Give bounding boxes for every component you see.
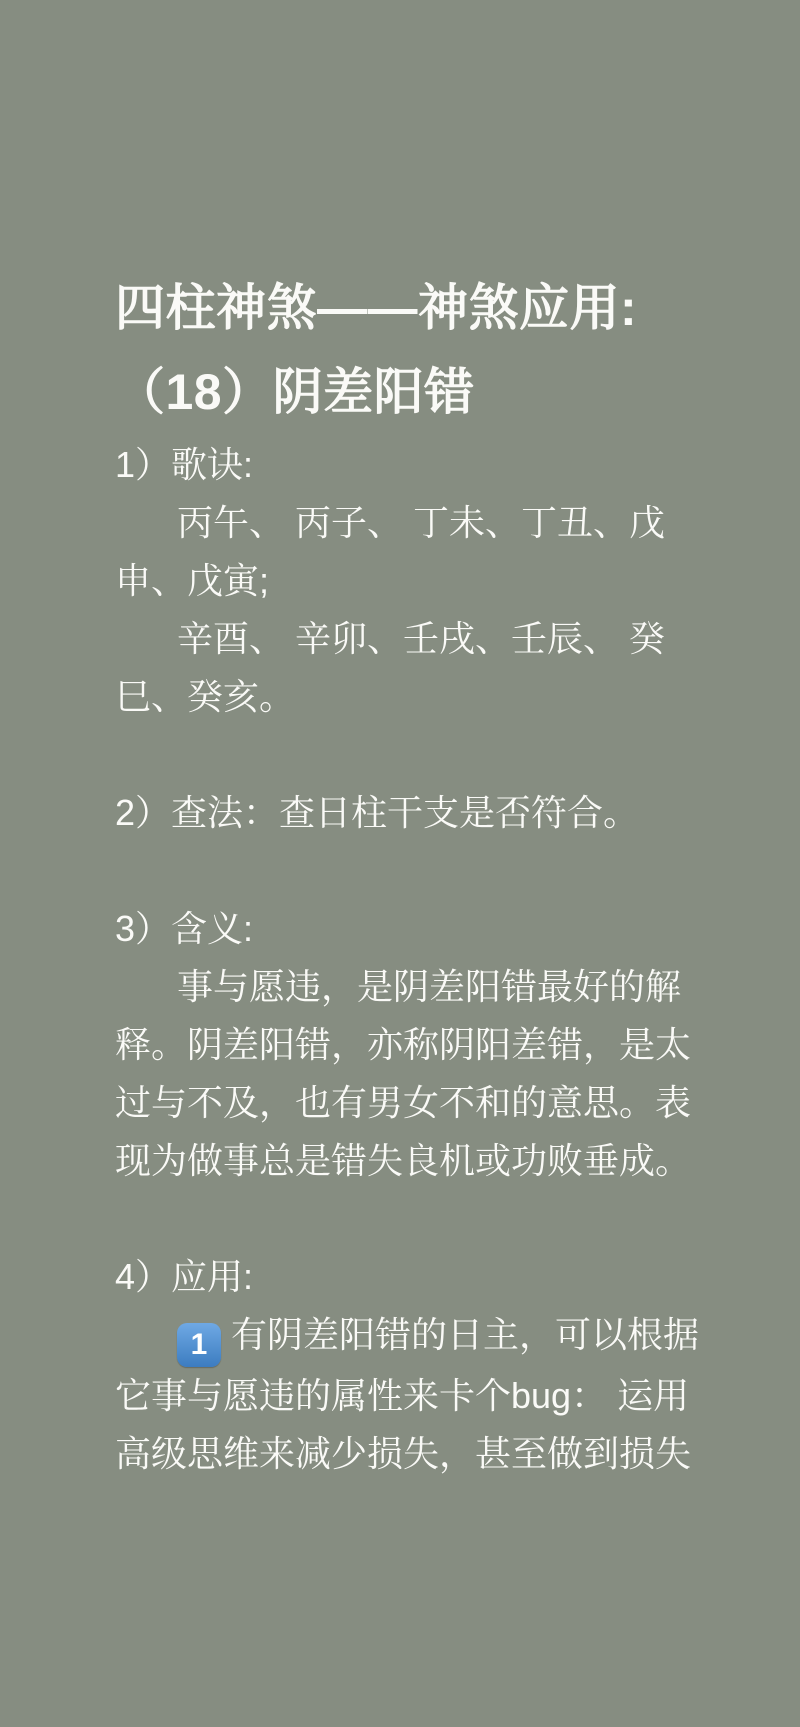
verse-line: 申、戊寅; bbox=[115, 552, 695, 610]
section-gap bbox=[115, 1190, 695, 1248]
meaning-line: 现为做事总是错失良机或功败垂成。 bbox=[115, 1132, 695, 1190]
method-heading: 2）查法：查日柱干支是否符合。 bbox=[115, 784, 695, 842]
page-title-line-2: （18）阴差阳错 bbox=[115, 350, 695, 434]
meaning-line: 过与不及，也有男女不和的意思。表 bbox=[115, 1074, 695, 1132]
meaning-line: 事与愿违，是阴差阳错最好的解 bbox=[115, 958, 695, 1016]
application-line-text: 有阴差阳错的日主，可以根据 bbox=[231, 1314, 699, 1355]
verse-line: 辛酉、 辛卯、壬戌、壬辰、 癸 bbox=[115, 610, 695, 668]
text-card: 四柱神煞——神煞应用: （18）阴差阳错 1）歌诀: 丙午、 丙子、 丁未、丁丑… bbox=[0, 0, 800, 1727]
section-gap bbox=[115, 726, 695, 784]
meaning-heading: 3）含义: bbox=[115, 900, 695, 958]
verse-heading: 1）歌诀: bbox=[115, 436, 695, 494]
card-content: 四柱神煞——神煞应用: （18）阴差阳错 1）歌诀: 丙午、 丙子、 丁未、丁丑… bbox=[115, 266, 695, 1483]
verse-line: 丙午、 丙子、 丁未、丁丑、戊 bbox=[115, 494, 695, 552]
application-line: 高级思维来减少损失，甚至做到损失 bbox=[115, 1425, 695, 1483]
application-heading: 4）应用: bbox=[115, 1248, 695, 1306]
application-line: 它事与愿违的属性来卡个bug： 运用 bbox=[115, 1367, 695, 1425]
verse-line: 巳、癸亥。 bbox=[115, 668, 695, 726]
application-line: 1有阴差阳错的日主，可以根据 bbox=[115, 1306, 695, 1367]
section-gap bbox=[115, 842, 695, 900]
page-title-line-1: 四柱神煞——神煞应用: bbox=[115, 266, 695, 350]
meaning-line: 释。阴差阳错，亦称阴阳差错，是太 bbox=[115, 1016, 695, 1074]
keycap-1-emoji: 1 bbox=[177, 1323, 221, 1367]
